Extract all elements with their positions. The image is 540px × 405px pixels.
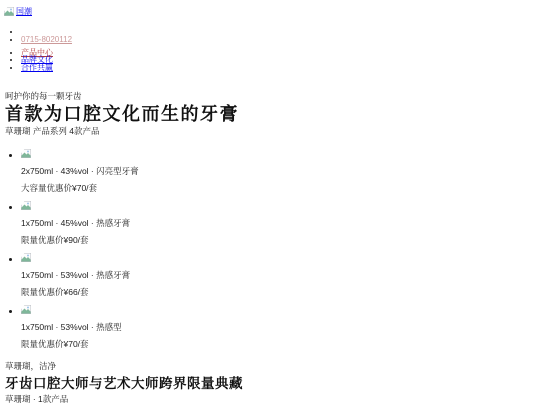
product-item: 2x750ml · 43%vol · 闪亮型牙膏 大容量优惠价¥70/套	[21, 149, 534, 193]
product-list: 2x750ml · 43%vol · 闪亮型牙膏 大容量优惠价¥70/套 1x7…	[4, 149, 534, 349]
section-subtitle: 草珊瑚 · 1款产品	[5, 395, 534, 404]
product-price: 大容量优惠价¥70/套	[21, 184, 534, 193]
product-item: 1x750ml · 53%vol · 热感型 限量优惠价¥70/套	[21, 305, 534, 349]
product-price: 限量优惠价¥66/套	[21, 288, 534, 297]
product-desc: 2x750ml · 43%vol · 闪亮型牙膏	[21, 167, 534, 176]
nav-item: 产品中心	[21, 49, 534, 56]
section-eyebrow: 草珊瑚，洁净	[5, 362, 534, 371]
section-title: 首款为口腔文化而生的牙膏	[5, 105, 534, 124]
section-eyebrow: 呵护你的每一颗牙齿	[5, 92, 534, 101]
nav-item: 合作共赢	[21, 64, 534, 71]
logo-alt-text: 国潮	[16, 7, 32, 16]
broken-image-icon	[21, 149, 534, 159]
phone-list-item: 0715-8020112	[21, 36, 534, 43]
nav-item: 品牌文化	[21, 56, 534, 63]
product-price: 限量优惠价¥90/套	[21, 236, 534, 245]
main-nav: 产品中心 品牌文化 合作共赢	[4, 49, 534, 71]
broken-image-icon	[4, 7, 14, 16]
section-subtitle: 草珊瑚 产品系列 4款产品	[5, 127, 534, 136]
broken-image-icon	[21, 253, 534, 263]
page: 国潮 0715-8020112 产品中心 品牌文化 合作共赢 呵护你的每一颗牙齿…	[0, 0, 540, 405]
nav-cooperation-link[interactable]: 合作共赢	[21, 63, 53, 72]
broken-image-icon	[21, 305, 534, 315]
product-desc: 1x750ml · 45%vol · 热感牙膏	[21, 219, 534, 228]
section-title: 牙齿口腔大师与艺术大师跨界限量典藏	[5, 376, 534, 391]
product-price: 限量优惠价¥70/套	[21, 340, 534, 349]
empty-list-item	[21, 28, 534, 35]
logo-link[interactable]: 国潮	[4, 7, 32, 16]
phone-link[interactable]: 0715-8020112	[21, 35, 72, 44]
header-utility-list: 0715-8020112	[4, 28, 534, 43]
product-item: 1x750ml · 45%vol · 热感牙膏 限量优惠价¥90/套	[21, 201, 534, 245]
product-item: 1x750ml · 53%vol · 热感牙膏 限量优惠价¥66/套	[21, 253, 534, 297]
product-desc: 1x750ml · 53%vol · 热感牙膏	[21, 271, 534, 280]
product-desc: 1x750ml · 53%vol · 热感型	[21, 323, 534, 332]
broken-image-icon	[21, 201, 534, 211]
